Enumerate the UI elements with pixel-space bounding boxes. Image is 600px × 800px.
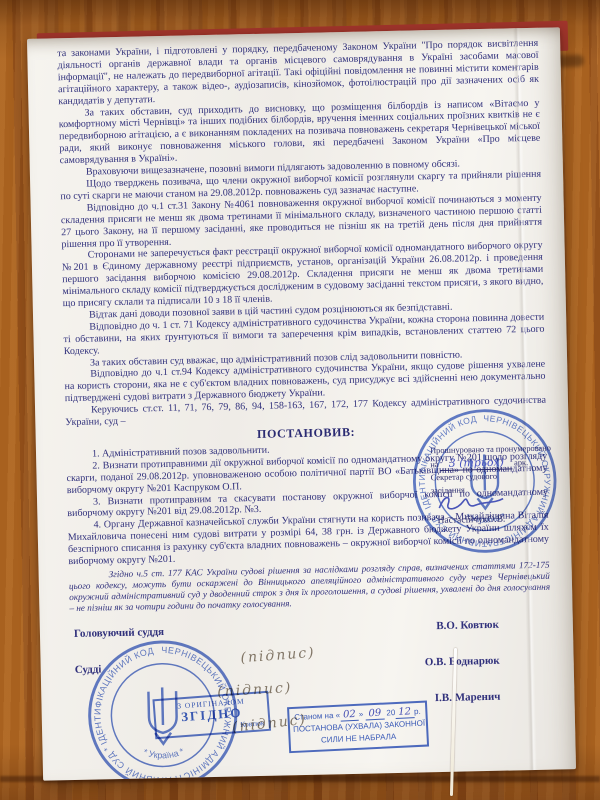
presiding-judge-name: В.О. Ковтюк (436, 619, 499, 632)
binding-suffix: арк. (514, 458, 528, 467)
judge-3-name: І.В. Маренич (435, 691, 501, 704)
svg-text:* Україна *: * Україна * (142, 746, 186, 761)
judge-2-name: О.В. Боднарюк (425, 655, 500, 669)
true-copy-stamp: З ОРИГІНАЛОМ ЗГІДНО Ковтюк (152, 691, 271, 739)
validity-day-handwritten: 02 (340, 709, 359, 722)
paragraph: Сторонами не заперечується факт реєстрац… (62, 240, 544, 310)
validity-stamp: Станом на «02» 09 2012р. ПОСТАНОВА (УХВА… (287, 701, 429, 754)
secretary-name: НастасійчукО.В. (437, 515, 505, 526)
sheets-count-handwritten: 3 (трьох) (440, 455, 512, 471)
validity-prefix: Станом на « (294, 711, 340, 722)
paragraph: За таких обставин, суд приходить до висн… (58, 97, 540, 167)
secretary-signature-scribble (433, 489, 508, 517)
validity-month-handwritten: 09 (365, 708, 384, 721)
appeal-note: Згідно ч.5 ст. 177 КАС України судові рі… (69, 560, 551, 614)
validity-suffix: р. (414, 707, 421, 716)
binding-prefix: на (430, 460, 438, 469)
validity-year-handwritten: 12 (395, 706, 414, 719)
paragraph: та законами України, і підготовлені у по… (57, 38, 539, 108)
validity-century: 20 (386, 708, 395, 717)
court-decision-page: та законами України, і підготовлені у по… (27, 27, 576, 780)
validity-mid: » (359, 710, 364, 719)
round-stamp-inner-text: * Україна * (142, 746, 186, 761)
